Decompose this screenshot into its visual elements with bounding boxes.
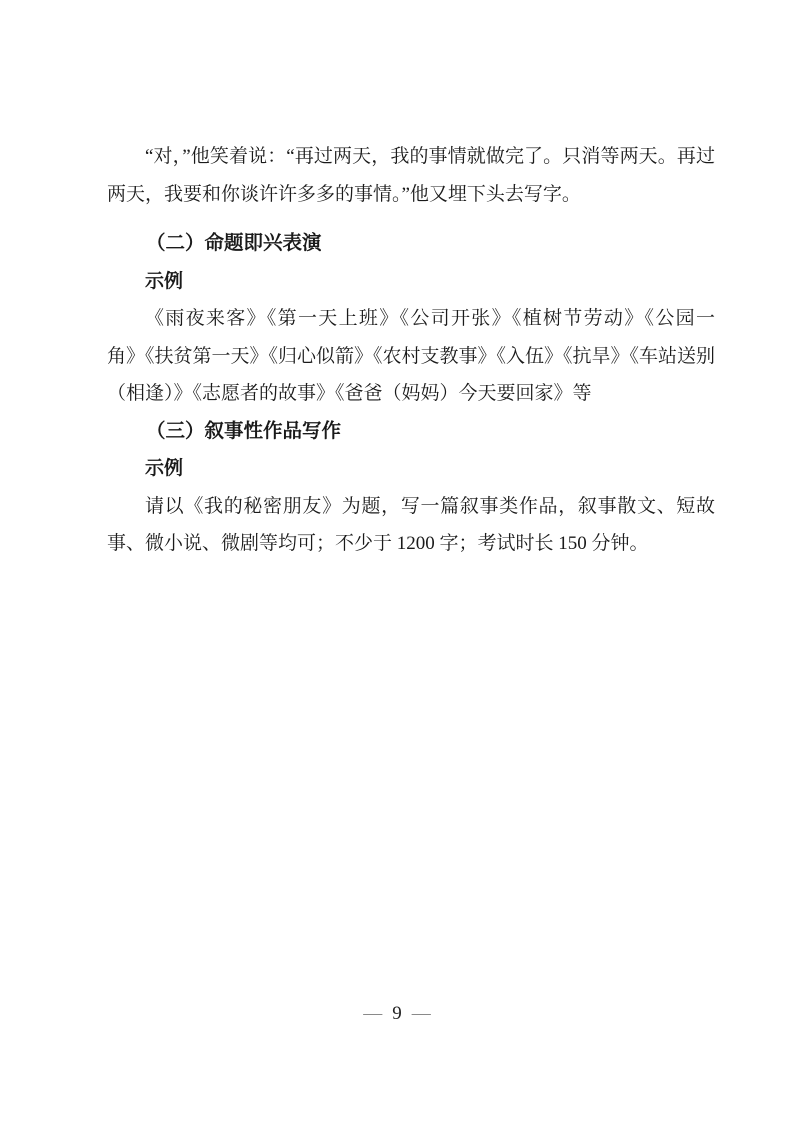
page-number-dash-left: — bbox=[353, 1003, 392, 1024]
document-content: “对，”他笑着说：“再过两天，我的事情就做完了。只消等两天。再过两天，我要和你谈… bbox=[107, 138, 715, 563]
paragraph-dialogue: “对，”他笑着说：“再过两天，我的事情就做完了。只消等两天。再过两天，我要和你谈… bbox=[107, 138, 715, 213]
page-footer: —9— bbox=[0, 1000, 794, 1028]
section-heading-2: （二）命题即兴表演 bbox=[107, 225, 715, 263]
document-page: “对，”他笑着说：“再过两天，我的事情就做完了。只消等两天。再过两天，我要和你谈… bbox=[0, 0, 794, 1123]
page-number: 9 bbox=[392, 1003, 402, 1024]
page-number-dash-right: — bbox=[402, 1003, 441, 1024]
paragraph-writing-task: 请以《我的秘密朋友》为题，写一篇叙事类作品，叙事散文、短故事、微小说、微剧等均可… bbox=[107, 488, 715, 563]
paragraph-performance-topics: 《雨夜来客》《第一天上班》《公司开张》《植树节劳动》《公园一角》《扶贫第一天》《… bbox=[107, 300, 715, 413]
example-label-3: 示例 bbox=[107, 450, 715, 488]
section-heading-3: （三）叙事性作品写作 bbox=[107, 413, 715, 451]
example-label-2: 示例 bbox=[107, 263, 715, 301]
